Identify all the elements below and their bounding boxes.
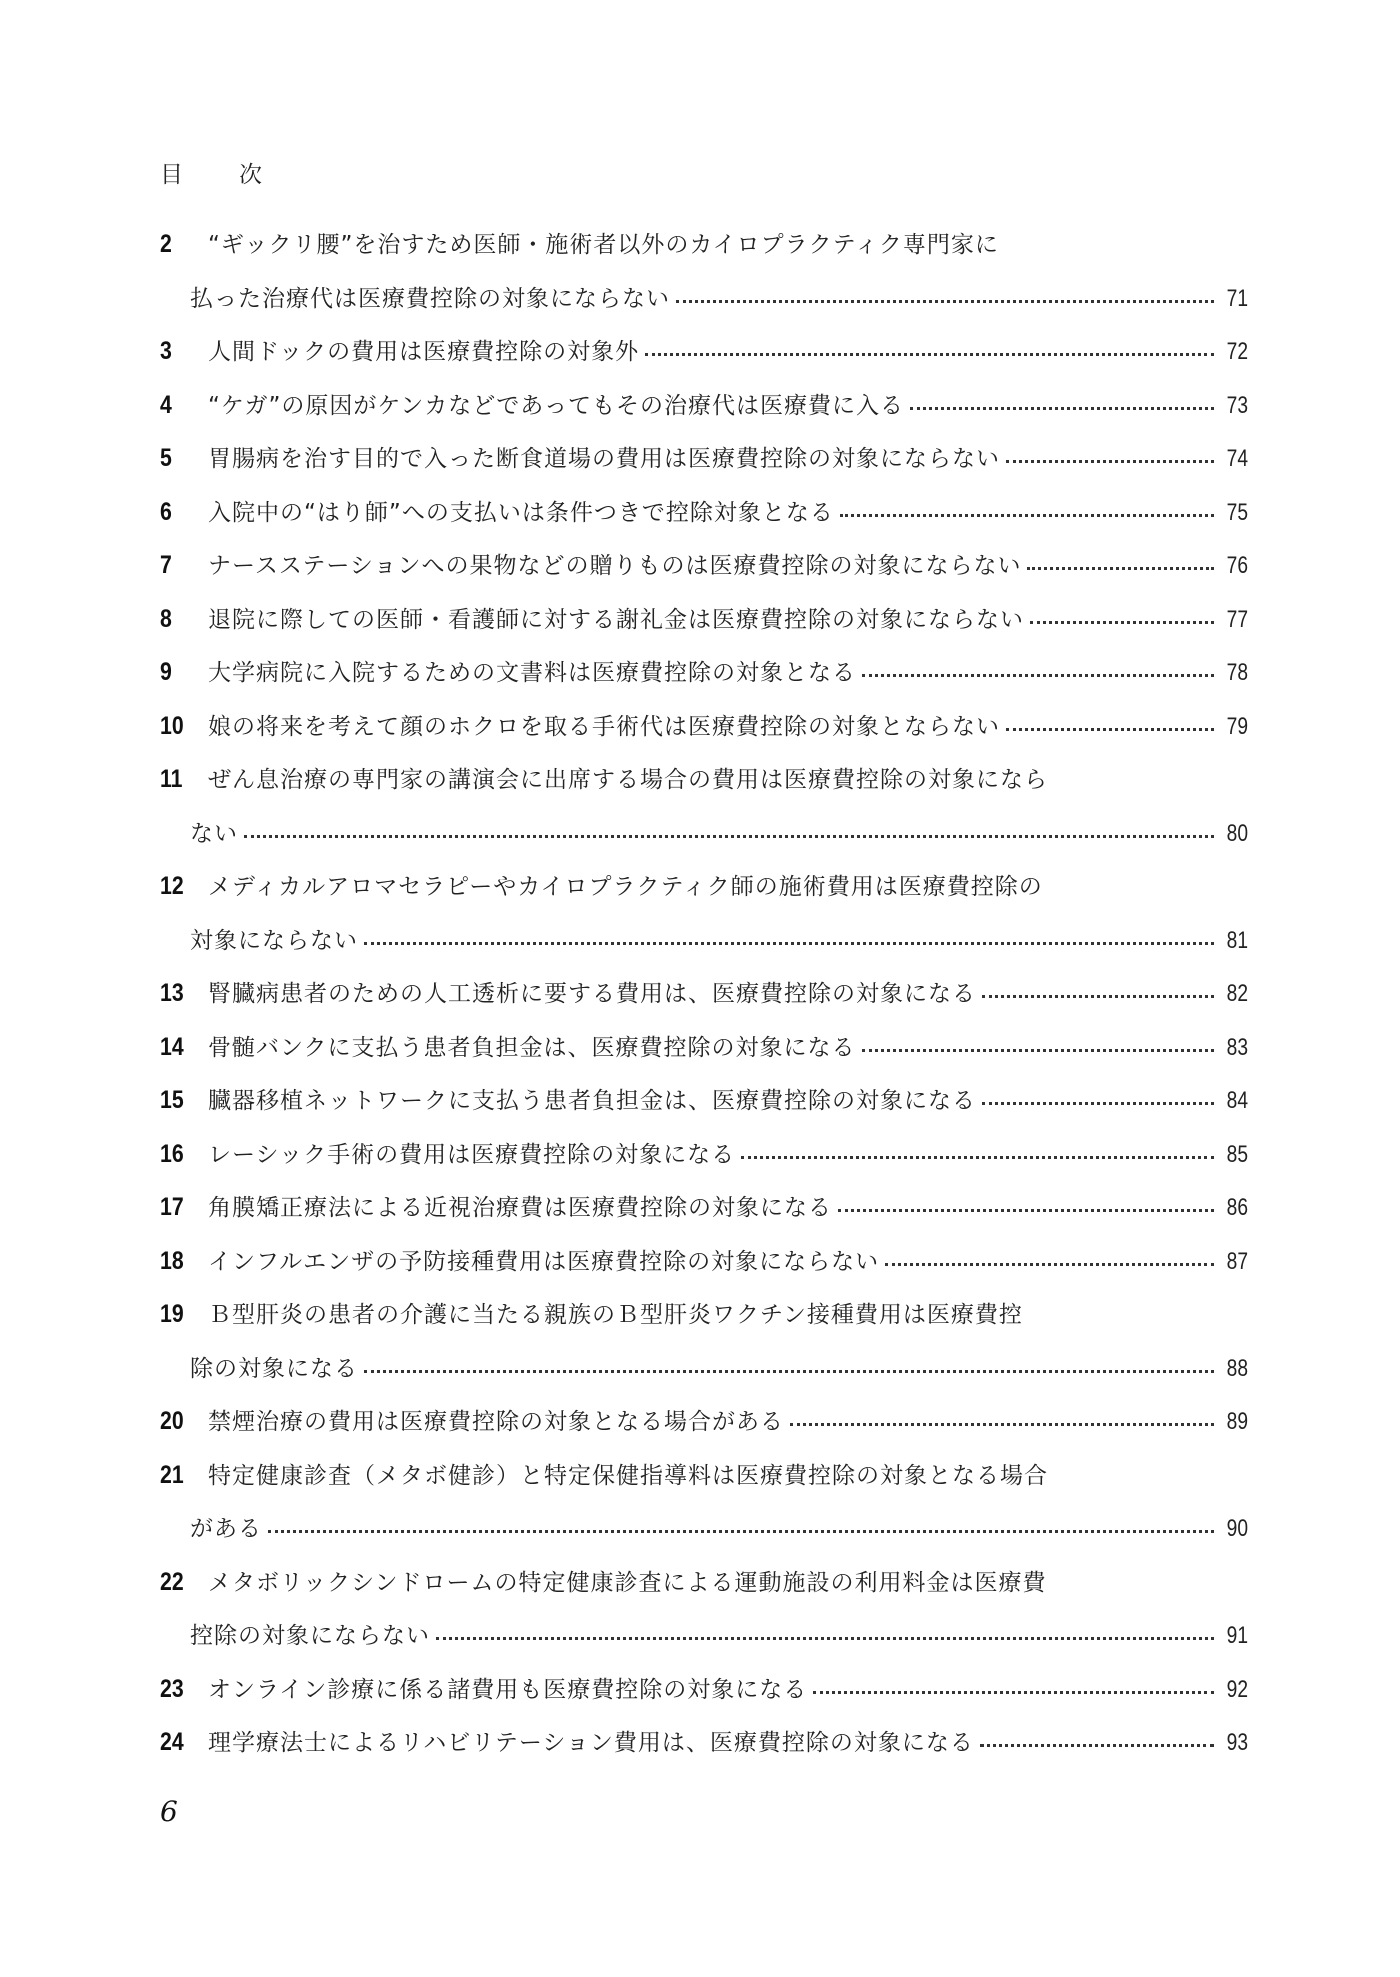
entry-number: 17	[160, 1181, 201, 1235]
toc-entry-continuation: 除の対象になる88	[160, 1342, 1248, 1396]
toc-entry-line: 21特定健康診査（メタボ健診）と特定保健指導料は医療費控除の対象となる場合	[160, 1449, 1248, 1503]
toc-entry-line: 9大学病院に入院するための文書料は医療費控除の対象となる78	[160, 646, 1248, 700]
entry-title-continued: 除の対象になる	[190, 1343, 358, 1397]
entry-number: 14	[160, 1021, 201, 1075]
document-page: 目 次 2“ギックリ腰”を治すため医師・施術者以外のカイロプラクティク専門家に払…	[0, 0, 1400, 1977]
entry-title: 退院に際しての医師・看護師に対する謝礼金は医療費控除の対象にならない	[208, 594, 1024, 648]
dot-leader	[885, 1263, 1214, 1266]
entry-title: 娘の将来を考えて顔のホクロを取る手術代は医療費控除の対象とならない	[208, 701, 1000, 755]
entry-number: 2	[160, 218, 201, 272]
entry-title: 入院中の“はり師”への支払いは条件つきで控除対象となる	[208, 487, 834, 541]
toc-entry[interactable]: 22メタボリックシンドロームの特定健康診査による運動施設の利用料金は医療費控除の…	[160, 1556, 1248, 1663]
toc-entry-line: 13腎臓病患者のための人工透析に要する費用は、医療費控除の対象になる82	[160, 967, 1248, 1021]
entry-title-continued: 対象にならない	[190, 915, 358, 969]
entry-title: ナースステーションへの果物などの贈りものは医療費控除の対象にならない	[208, 540, 1021, 594]
entry-page-number: 86	[1226, 1181, 1248, 1235]
entry-number: 12	[160, 860, 201, 914]
entry-title: 禁煙治療の費用は医療費控除の対象となる場合がある	[208, 1396, 784, 1450]
entry-page-number: 72	[1226, 325, 1248, 379]
toc-entry-continuation: 控除の対象にならない91	[160, 1609, 1248, 1663]
entry-number: 5	[160, 432, 201, 486]
toc-entry-continuation: ない80	[160, 807, 1248, 861]
toc-entry-line: 18インフルエンザの予防接種費用は医療費控除の対象にならない87	[160, 1235, 1248, 1289]
toc-entry-continuation: 払った治療代は医療費控除の対象にならない71	[160, 272, 1248, 326]
toc-entry-continuation: がある90	[160, 1502, 1248, 1556]
toc-entry[interactable]: 10娘の将来を考えて顔のホクロを取る手術代は医療費控除の対象とならない79	[160, 700, 1248, 754]
dot-leader	[910, 407, 1214, 410]
toc-entry-line: 7ナースステーションへの果物などの贈りものは医療費控除の対象にならない76	[160, 539, 1248, 593]
dot-leader	[436, 1637, 1214, 1640]
toc-entry[interactable]: 13腎臓病患者のための人工透析に要する費用は、医療費控除の対象になる82	[160, 967, 1248, 1021]
entry-number: 11	[160, 753, 201, 807]
toc-entry[interactable]: 4“ケガ”の原因がケンカなどであってもその治療代は医療費に入る73	[160, 379, 1248, 433]
dot-leader	[862, 1049, 1214, 1052]
toc-entry-line: 2“ギックリ腰”を治すため医師・施術者以外のカイロプラクティク専門家に	[160, 218, 1248, 272]
entry-page-number: 90	[1226, 1502, 1248, 1556]
entry-title: “ケガ”の原因がケンカなどであってもその治療代は医療費に入る	[208, 380, 904, 434]
toc-entry[interactable]: 21特定健康診査（メタボ健診）と特定保健指導料は医療費控除の対象となる場合がある…	[160, 1449, 1248, 1556]
entry-number: 4	[160, 379, 201, 433]
entry-number: 19	[160, 1288, 201, 1342]
toc-entry-line: 6入院中の“はり師”への支払いは条件つきで控除対象となる75	[160, 486, 1248, 540]
entry-page-number: 77	[1226, 593, 1248, 647]
dot-leader	[1027, 567, 1214, 570]
toc-entry[interactable]: 20禁煙治療の費用は医療費控除の対象となる場合がある89	[160, 1395, 1248, 1449]
entry-number: 8	[160, 593, 201, 647]
toc-entry-line: 14骨髄バンクに支払う患者負担金は、医療費控除の対象になる83	[160, 1021, 1248, 1075]
entry-title: 腎臓病患者のための人工透析に要する費用は、医療費控除の対象になる	[208, 968, 976, 1022]
entry-number: 21	[160, 1449, 201, 1503]
entry-number: 18	[160, 1235, 201, 1289]
dot-leader	[982, 1102, 1214, 1105]
dot-leader	[790, 1423, 1214, 1426]
entry-number: 22	[160, 1556, 201, 1610]
entry-page-number: 89	[1226, 1395, 1248, 1449]
entry-title: 胃腸病を治す目的で入った断食道場の費用は医療費控除の対象にならない	[208, 433, 1000, 487]
toc-entry[interactable]: 3人間ドックの費用は医療費控除の対象外72	[160, 325, 1248, 379]
entry-title-continued: 払った治療代は医療費控除の対象にならない	[190, 273, 670, 327]
toc-entry[interactable]: 18インフルエンザの予防接種費用は医療費控除の対象にならない87	[160, 1235, 1248, 1289]
toc-entry-line: 4“ケガ”の原因がケンカなどであってもその治療代は医療費に入る73	[160, 379, 1248, 433]
entry-title-continued: ない	[190, 808, 238, 862]
dot-leader	[1006, 460, 1214, 463]
entry-page-number: 88	[1226, 1342, 1248, 1396]
entry-title: インフルエンザの予防接種費用は医療費控除の対象にならない	[208, 1236, 879, 1290]
toc-entry-line: 11ぜん息治療の専門家の講演会に出席する場合の費用は医療費控除の対象になら	[160, 753, 1248, 807]
entry-page-number: 82	[1226, 967, 1248, 1021]
heading-char-1: 目	[160, 156, 183, 189]
toc-entry-line: 24理学療法士によるリハビリテーション費用は、医療費控除の対象になる93	[160, 1716, 1248, 1770]
toc-entry-line: 3人間ドックの費用は医療費控除の対象外72	[160, 325, 1248, 379]
entry-number: 6	[160, 486, 201, 540]
entry-page-number: 83	[1226, 1021, 1248, 1075]
toc-entry-line: 22メタボリックシンドロームの特定健康診査による運動施設の利用料金は医療費	[160, 1556, 1248, 1610]
entry-page-number: 93	[1226, 1716, 1248, 1770]
dot-leader	[645, 353, 1214, 356]
entry-title: 理学療法士によるリハビリテーション費用は、医療費控除の対象になる	[208, 1717, 974, 1771]
entry-title: 骨髄バンクに支払う患者負担金は、医療費控除の対象になる	[208, 1022, 856, 1076]
dot-leader	[676, 300, 1214, 303]
toc-entry-line: 15臓器移植ネットワークに支払う患者負担金は、医療費控除の対象になる84	[160, 1074, 1248, 1128]
toc-entry-line: 23オンライン診療に係る諸費用も医療費控除の対象になる92	[160, 1663, 1248, 1717]
toc-entry[interactable]: 24理学療法士によるリハビリテーション費用は、医療費控除の対象になる93	[160, 1716, 1248, 1770]
entry-number: 10	[160, 700, 201, 754]
page-number-folio: 6	[160, 1795, 178, 1828]
toc-entry[interactable]: 2“ギックリ腰”を治すため医師・施術者以外のカイロプラクティク専門家に払った治療…	[160, 218, 1248, 325]
entry-title: “ギックリ腰”を治すため医師・施術者以外のカイロプラクティク専門家に	[208, 219, 999, 273]
toc-entry[interactable]: 12メディカルアロマセラピーやカイロプラクティク師の施術費用は医療費控除の対象に…	[160, 860, 1248, 967]
entry-page-number: 73	[1226, 379, 1248, 433]
toc-entry-line: 16レーシック手術の費用は医療費控除の対象になる85	[160, 1128, 1248, 1182]
dot-leader	[980, 1744, 1214, 1747]
toc-entry[interactable]: 8退院に際しての医師・看護師に対する謝礼金は医療費控除の対象にならない77	[160, 593, 1248, 647]
dot-leader	[364, 942, 1214, 945]
entry-page-number: 78	[1226, 646, 1248, 700]
toc-entry[interactable]: 5胃腸病を治す目的で入った断食道場の費用は医療費控除の対象にならない74	[160, 432, 1248, 486]
entry-title: Ｂ型肝炎の患者の介護に当たる親族のＢ型肝炎ワクチン接種費用は医療費控	[208, 1289, 1023, 1343]
toc-entry[interactable]: 16レーシック手術の費用は医療費控除の対象になる85	[160, 1128, 1248, 1182]
entry-title: 臓器移植ネットワークに支払う患者負担金は、医療費控除の対象になる	[208, 1075, 976, 1129]
entry-title: 人間ドックの費用は医療費控除の対象外	[208, 326, 639, 380]
entry-number: 15	[160, 1074, 201, 1128]
toc-entry-line: 10娘の将来を考えて顔のホクロを取る手術代は医療費控除の対象とならない79	[160, 700, 1248, 754]
dot-leader	[741, 1156, 1214, 1159]
entry-title: メタボリックシンドロームの特定健康診査による運動施設の利用料金は医療費	[208, 1557, 1047, 1611]
entry-number: 23	[160, 1663, 201, 1717]
entry-title: 角膜矯正療法による近視治療費は医療費控除の対象になる	[208, 1182, 832, 1236]
dot-leader	[838, 1209, 1214, 1212]
entry-page-number: 92	[1226, 1663, 1248, 1717]
entry-title-continued: がある	[190, 1503, 262, 1557]
entry-page-number: 80	[1226, 807, 1248, 861]
heading-char-2: 次	[239, 156, 262, 189]
entry-number: 16	[160, 1128, 201, 1182]
toc-entry-line: 12メディカルアロマセラピーやカイロプラクティク師の施術費用は医療費控除の	[160, 860, 1248, 914]
entry-number: 7	[160, 539, 201, 593]
toc-entry[interactable]: 14骨髄バンクに支払う患者負担金は、医療費控除の対象になる83	[160, 1021, 1248, 1075]
toc-entry[interactable]: 17角膜矯正療法による近視治療費は医療費控除の対象になる86	[160, 1181, 1248, 1235]
entry-number: 9	[160, 646, 201, 700]
toc-entry[interactable]: 11ぜん息治療の専門家の講演会に出席する場合の費用は医療費控除の対象にならない8…	[160, 753, 1248, 860]
dot-leader	[268, 1530, 1214, 1533]
dot-leader	[364, 1370, 1214, 1373]
toc-entry[interactable]: 6入院中の“はり師”への支払いは条件つきで控除対象となる75	[160, 486, 1248, 540]
dot-leader	[244, 835, 1214, 838]
entry-title: ぜん息治療の専門家の講演会に出席する場合の費用は医療費控除の対象になら	[208, 754, 1048, 808]
entry-number: 24	[160, 1716, 201, 1770]
toc-entry[interactable]: 15臓器移植ネットワークに支払う患者負担金は、医療費控除の対象になる84	[160, 1074, 1248, 1128]
toc-entry[interactable]: 7ナースステーションへの果物などの贈りものは医療費控除の対象にならない76	[160, 539, 1248, 593]
toc-entry-line: 20禁煙治療の費用は医療費控除の対象となる場合がある89	[160, 1395, 1248, 1449]
entry-number: 13	[160, 967, 201, 1021]
entry-page-number: 85	[1226, 1128, 1248, 1182]
toc-entry-line: 8退院に際しての医師・看護師に対する謝礼金は医療費控除の対象にならない77	[160, 593, 1248, 647]
entry-page-number: 74	[1226, 432, 1248, 486]
dot-leader	[840, 514, 1214, 517]
entry-page-number: 84	[1226, 1074, 1248, 1128]
table-of-contents: 2“ギックリ腰”を治すため医師・施術者以外のカイロプラクティク専門家に払った治療…	[160, 218, 1248, 1770]
dot-leader	[813, 1691, 1214, 1694]
entry-title: オンライン診療に係る諸費用も医療費控除の対象になる	[208, 1664, 807, 1718]
entry-number: 3	[160, 325, 201, 379]
dot-leader	[1006, 728, 1214, 731]
entry-page-number: 76	[1226, 539, 1248, 593]
entry-title: 特定健康診査（メタボ健診）と特定保健指導料は医療費控除の対象となる場合	[208, 1450, 1048, 1504]
toc-entry-line: 19Ｂ型肝炎の患者の介護に当たる親族のＢ型肝炎ワクチン接種費用は医療費控	[160, 1288, 1248, 1342]
toc-entry[interactable]: 23オンライン診療に係る諸費用も医療費控除の対象になる92	[160, 1663, 1248, 1717]
toc-entry[interactable]: 19Ｂ型肝炎の患者の介護に当たる親族のＢ型肝炎ワクチン接種費用は医療費控除の対象…	[160, 1288, 1248, 1395]
entry-title: メディカルアロマセラピーやカイロプラクティク師の施術費用は医療費控除の	[208, 861, 1043, 915]
toc-entry-line: 5胃腸病を治す目的で入った断食道場の費用は医療費控除の対象にならない74	[160, 432, 1248, 486]
entry-title: 大学病院に入院するための文書料は医療費控除の対象となる	[208, 647, 856, 701]
entry-page-number: 79	[1226, 700, 1248, 754]
entry-title-continued: 控除の対象にならない	[190, 1610, 430, 1664]
entry-title: レーシック手術の費用は医療費控除の対象になる	[208, 1129, 735, 1183]
entry-page-number: 91	[1226, 1609, 1248, 1663]
entry-page-number: 81	[1226, 914, 1248, 968]
entry-page-number: 75	[1226, 486, 1248, 540]
dot-leader	[1030, 621, 1214, 624]
entry-number: 20	[160, 1395, 201, 1449]
toc-heading: 目 次	[160, 156, 262, 189]
toc-entry-line: 17角膜矯正療法による近視治療費は医療費控除の対象になる86	[160, 1181, 1248, 1235]
dot-leader	[862, 674, 1214, 677]
entry-page-number: 87	[1226, 1235, 1248, 1289]
toc-entry-continuation: 対象にならない81	[160, 914, 1248, 968]
dot-leader	[982, 995, 1214, 998]
toc-entry[interactable]: 9大学病院に入院するための文書料は医療費控除の対象となる78	[160, 646, 1248, 700]
entry-page-number: 71	[1226, 272, 1248, 326]
